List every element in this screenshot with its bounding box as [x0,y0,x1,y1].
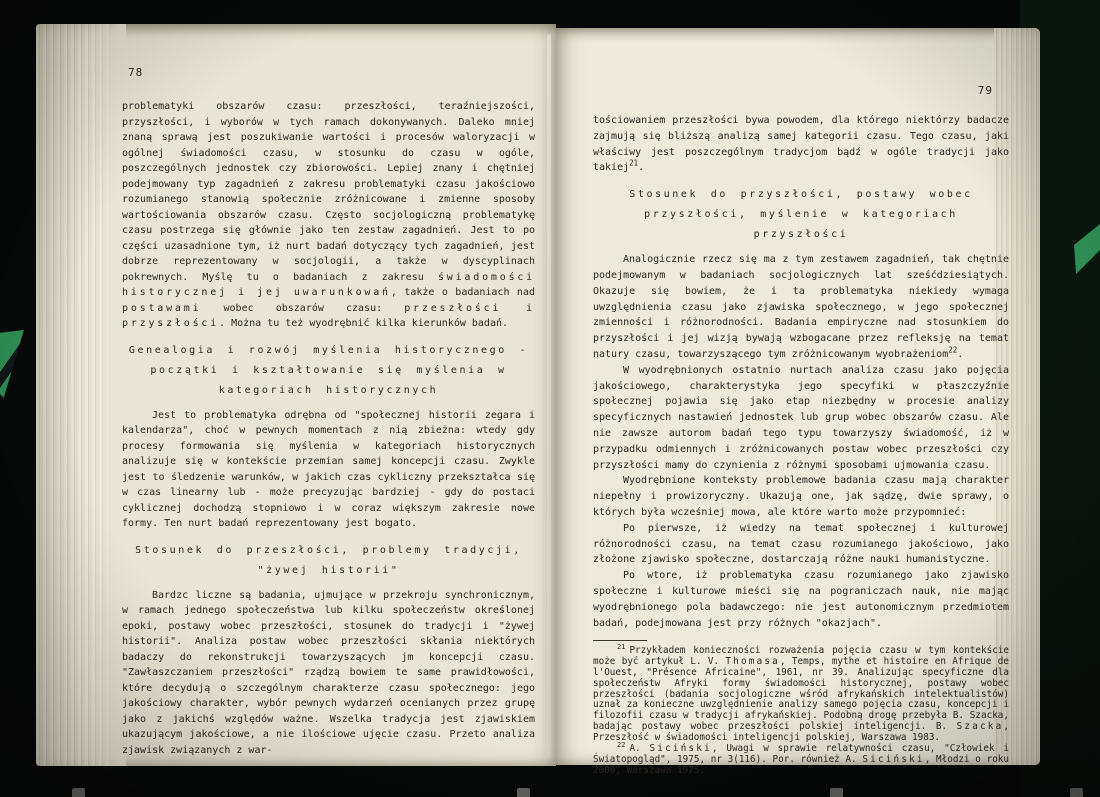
cradle-mark [830,788,843,797]
right-page-body: tościowaniem przeszłości bywa powodem, d… [593,113,1009,631]
letterspaced-emphasis: Siciński [862,754,924,765]
right-page-paragraph: Po wtore, iż problematyka czasu rozumian… [593,568,1009,631]
text-segment: Po pierwsze, iż wiedzy na temat społeczn… [593,523,1009,566]
text-segment: Po wtore, iż problematyka czasu rozumian… [593,570,1009,628]
page-edge-shadow-left [36,24,126,766]
text-segment: problematyki obszarów czasu: przeszłości… [122,101,535,283]
text-segment: wobec obszarów czasu: [201,303,404,314]
text-segment: Bardzc liczne są badania, ujmujące w prz… [122,590,535,756]
book-page-left: 78 problematyki obszarów czasu: przeszło… [36,24,556,766]
left-page-paragraph: problematyki obszarów czasu: przeszłości… [122,99,535,332]
right-page-paragraph: tościowaniem przeszłości bywa powodem, d… [593,113,1009,176]
left-page-body: problematyki obszarów czasu: przeszłości… [122,99,535,758]
cradle-mark [517,788,530,797]
left-page-text-area: 78 problematyki obszarów czasu: przeszło… [122,66,535,758]
text-segment: Analogicznie rzecz się ma z tym zestawem… [593,254,1009,360]
right-page-paragraph: Po pierwsze, iż wiedzy na temat społeczn… [593,521,1009,568]
right-page-paragraph: Analogicznie rzecz się ma z tym zestawem… [593,252,1009,363]
text-segment: , także o badaniach nad [391,287,535,298]
text-segment: W wyodrębnionych ostatnio nurtach analiz… [593,365,1009,471]
right-page-paragraph: W wyodrębnionych ostatnio nurtach analiz… [593,363,1009,474]
letterspaced-emphasis: Thomasa [725,656,780,667]
footnotes-block: 21Przykładem konieczności rozważenia poj… [593,646,1009,777]
letterspaced-emphasis: Szacka [957,721,1004,732]
text-segment: Jest to problematyka odrębna od "społecz… [122,410,535,530]
text-segment: . Można tu też wyodrębnić kilka kierunkó… [219,318,508,329]
left-page-section-heading: Genealogia i rozwój myślenia historyczne… [122,341,535,401]
text-segment: . [957,349,963,360]
footnote-number: 22 [617,741,625,749]
footnote-21: 21Przykładem konieczności rozważenia poj… [593,646,1009,743]
footnote-number: 21 [617,643,625,651]
book-photo-scene: 78 problematyki obszarów czasu: przeszło… [0,0,1100,797]
footnote-22: 22A. Siciński, Uwagi w sprawie relatywno… [593,744,1009,776]
text-segment: Wyodrębnione konteksty problemowe badani… [593,475,1009,518]
green-stripe-left [0,330,26,398]
footnote-reference-number: 21 [629,159,638,168]
text-segment: . [638,162,644,173]
book-page-right: 79 tościowaniem przeszłości bywa powodem… [556,28,1040,765]
cradle-mark [72,788,85,797]
left-page-paragraph: Bardzc liczne są badania, ujmujące w prz… [122,588,535,759]
footnote-separator-rule [593,640,647,641]
left-page-paragraph: Jest to problematyka odrębna od "społecz… [122,408,535,532]
cradle-mark [1070,788,1083,797]
left-page-section-heading: Stosunek do przeszłości, problemy tradyc… [122,541,535,581]
right-page-paragraph: Wyodrębnione konteksty problemowe badani… [593,473,1009,520]
right-page-text-area: 79 tościowaniem przeszłości bywa powodem… [593,84,1009,778]
letterspaced-emphasis: postawami [122,303,201,314]
text-segment: tościowaniem przeszłości bywa powodem, d… [593,115,1009,173]
text-segment: , Temps, mythe et histoire en Afrique de… [593,656,1009,732]
text-segment: A. [629,743,649,754]
page-number-left: 78 [122,66,535,79]
book-gutter-highlight [547,34,551,758]
page-number-right: 79 [593,84,1009,97]
right-page-section-heading: Stosunek do przyszłości, postawy wobec p… [593,185,1009,245]
footnote-reference-number: 22 [948,346,957,355]
letterspaced-emphasis: Siciński [650,743,712,754]
